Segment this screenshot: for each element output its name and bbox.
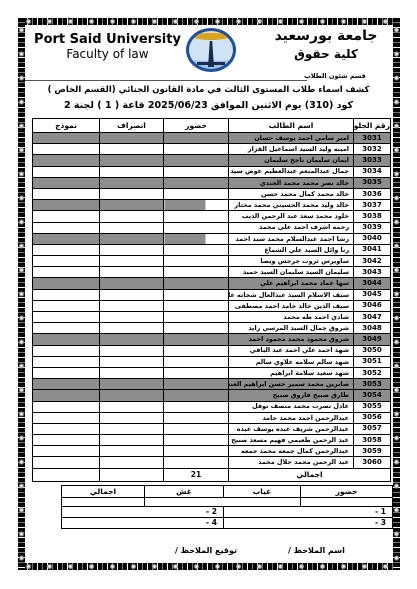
note-label-3: - 3	[373, 519, 392, 527]
student-row: 3034 جمال عبدالمنعم عبدالعظيم عوض سيد اح…	[33, 166, 391, 177]
summary-total-header: اجمالي	[62, 486, 145, 498]
total-label: اجمالي	[229, 468, 391, 481]
form-cell	[33, 133, 100, 144]
leave-cell	[100, 144, 164, 155]
form-cell	[33, 356, 100, 367]
form-cell	[33, 166, 100, 177]
student-row: 3033 ايمان سليمان ناجح سليمان	[33, 155, 391, 166]
leave-cell	[100, 401, 164, 412]
student-name-cell: خالد نصر محمد محمد الجندي	[229, 177, 354, 188]
student-row: 3050 شهد احمد علي احمد عبد الباقي	[33, 345, 391, 356]
seat-number-cell: 3046	[354, 300, 391, 311]
leave-cell	[100, 379, 164, 390]
attendance-cell	[164, 155, 229, 166]
student-row: 3032 امينه وليد السيد اسماعيل القزاز	[33, 144, 391, 155]
student-row: 3031 امير سامي احمد يوسف حسان	[33, 133, 391, 144]
student-row: 3036 خالد محمد كمال محمد حسن	[33, 188, 391, 199]
student-name-cell: ايمان سليمان ناجح سليمان	[229, 155, 354, 166]
form-cell	[33, 423, 100, 434]
student-row: 3045 سيف الاسلام السيد عبدالعال شحاته عل…	[33, 289, 391, 300]
student-name-cell: سليمان السيد سليمان السيد حميد	[229, 267, 354, 278]
leave-cell	[100, 133, 164, 144]
attendance-cell	[164, 334, 229, 345]
student-row: 3048 شروق جمال السيد المرسي زايد	[33, 323, 391, 334]
leave-cell	[100, 233, 164, 244]
seat-number-cell: 3049	[354, 334, 391, 345]
student-row: 3047 شادي احمد طه محمد	[33, 312, 391, 323]
leave-cell	[100, 155, 164, 166]
form-cell	[33, 334, 100, 345]
attendance-cell	[164, 133, 229, 144]
attendance-cell	[164, 267, 229, 278]
leave-cell	[100, 267, 164, 278]
form-cell	[33, 155, 100, 166]
student-name-cell: شهد سعيد سلامة ابراهيم	[229, 367, 354, 378]
leave-cell	[100, 356, 164, 367]
form-cell	[33, 390, 100, 401]
leave-cell	[100, 244, 164, 255]
attendance-cell	[164, 233, 229, 244]
leave-cell	[100, 177, 164, 188]
student-name-cell: امير سامي احمد يوسف حسان	[229, 133, 354, 144]
student-name-cell: عبدالرحمن احمد محمد حامد	[229, 412, 354, 423]
seat-number-header: رقم الجلوس	[354, 119, 391, 133]
form-header: نموذج	[33, 119, 100, 133]
attendance-cell	[164, 188, 229, 199]
student-name-cell: طارق صبيح فاروق صبيح	[229, 390, 354, 401]
form-cell	[33, 144, 100, 155]
student-name-cell: عادل نصرت محمد منصف نوفل	[229, 401, 354, 412]
leave-cell	[100, 367, 164, 378]
attendance-cell	[164, 256, 229, 267]
attendance-cell	[164, 300, 229, 311]
student-name-cell: سيف الاسلام السيد عبدالعال شحاته علي	[229, 289, 354, 300]
ornamental-border-left	[18, 18, 25, 570]
student-row: 3060 عبد الرحمن محمد جلال محمد	[33, 457, 391, 468]
form-cell	[33, 401, 100, 412]
form-cell	[33, 312, 100, 323]
student-name-cell: عبد الرحمن طعيمي فهيم مسعد صبيح	[229, 435, 354, 446]
attendance-cell	[164, 211, 229, 222]
form-cell	[33, 289, 100, 300]
leave-cell	[100, 222, 164, 233]
table-header-row: رقم الجلوس اسم الطالب حضور انصراف نموذج	[33, 119, 391, 133]
summary-attendance-header: حضور	[301, 486, 393, 498]
student-name-cell: سيف الدين خالد حامد احمد مصطفى	[229, 300, 354, 311]
note-label-4: - 4	[204, 519, 223, 527]
note-cell-1: - 1	[224, 507, 393, 518]
attendance-cell	[164, 379, 229, 390]
student-row: 3041 رنا وائل السيد علي الشماع	[33, 244, 391, 255]
leave-cell	[100, 289, 164, 300]
seat-number-cell: 3037	[354, 200, 391, 211]
summary-header-row: حضور غياب غش اجمالي	[62, 486, 393, 498]
leave-cell	[100, 312, 164, 323]
student-name-cell: شروق محمود محمد محمود احمد	[229, 334, 354, 345]
seat-number-cell: 3048	[354, 323, 391, 334]
form-cell	[33, 379, 100, 390]
student-name-cell: رشا احمد عبدالسلام محمد سيد احمد	[229, 233, 354, 244]
attendance-cell	[164, 390, 229, 401]
leave-cell	[100, 323, 164, 334]
university-logo-icon	[186, 28, 236, 72]
seat-number-cell: 3034	[354, 166, 391, 177]
seat-number-cell: 3057	[354, 423, 391, 434]
student-row: 3038 خلود محمد سعد عبد الرحمن الديب	[33, 211, 391, 222]
summary-cheating-header: غش	[145, 486, 224, 498]
seat-number-cell: 3036	[354, 188, 391, 199]
observer-signature-label: توقيع الملاحظ /	[175, 546, 237, 555]
logo-base	[197, 62, 225, 65]
student-row: 3056 عبدالرحمن احمد محمد حامد	[33, 412, 391, 423]
form-cell	[33, 267, 100, 278]
attendance-cell	[164, 144, 229, 155]
seat-number-cell: 3060	[354, 457, 391, 468]
leave-cell	[100, 345, 164, 356]
leave-cell	[100, 278, 164, 289]
attendance-cell	[164, 312, 229, 323]
seat-number-cell: 3047	[354, 312, 391, 323]
form-cell	[33, 244, 100, 255]
note-cell-4: - 4	[62, 518, 224, 529]
note-cell-3: - 3	[224, 518, 393, 529]
attendance-cell	[164, 412, 229, 423]
leave-cell	[100, 457, 164, 468]
seat-number-cell: 3051	[354, 356, 391, 367]
exam-session-info: كود (310) يوم الاثنين الموافق 2025/06/23…	[25, 100, 392, 111]
seat-number-cell: 3056	[354, 412, 391, 423]
attendance-cell	[164, 200, 229, 211]
ornamental-border-top	[18, 18, 400, 25]
total-attendance-value: 21	[164, 468, 229, 481]
student-row: 3037 خالد وليد محمد الحسيني محمد مختار	[33, 200, 391, 211]
attendance-cell	[164, 244, 229, 255]
leave-cell	[100, 446, 164, 457]
university-name-ar: جامعة بورسعيد	[262, 28, 390, 45]
seat-number-cell: 3050	[354, 345, 391, 356]
attendance-table: رقم الجلوس اسم الطالب حضور انصراف نموذج …	[32, 118, 391, 482]
note-cell-2: - 2	[62, 507, 224, 518]
seat-number-cell: 3058	[354, 435, 391, 446]
leave-header: انصراف	[100, 119, 164, 133]
student-name-cell: رحمه اشرف احمد علي محمد	[229, 222, 354, 233]
total-leave-cell	[100, 468, 164, 481]
student-row: 3055 عادل نصرت محمد منصف نوفل	[33, 401, 391, 412]
form-cell	[33, 188, 100, 199]
ornamental-border-bottom	[18, 563, 400, 570]
student-name-cell: امينه وليد السيد اسماعيل القزاز	[229, 144, 354, 155]
attendance-cell	[164, 446, 229, 457]
form-cell	[33, 256, 100, 267]
student-row: 3046 سيف الدين خالد حامد احمد مصطفى	[33, 300, 391, 311]
seat-number-cell: 3055	[354, 401, 391, 412]
attendance-header: حضور	[164, 119, 229, 133]
student-name-cell: عبدالرحمن شريف عبده يوسف عبده	[229, 423, 354, 434]
student-row: 3057 عبدالرحمن شريف عبده يوسف عبده	[33, 423, 391, 434]
sheet-title: كشف اسماء طلاب المستوى الثالث في مادة ال…	[25, 85, 392, 95]
leave-cell	[100, 334, 164, 345]
faculty-name-en: Faculty of law	[30, 47, 185, 62]
student-row: 3051 شهد سالم سلامه علاوي سالم	[33, 356, 391, 367]
seat-number-cell: 3053	[354, 379, 391, 390]
department-label: قسم شئون الطلاب	[303, 72, 367, 80]
attendance-cell	[164, 278, 229, 289]
student-name-cell: عبد الرحمن محمد جلال محمد	[229, 457, 354, 468]
seat-number-cell: 3052	[354, 367, 391, 378]
leave-cell	[100, 412, 164, 423]
attendance-cell	[164, 177, 229, 188]
header-divider	[25, 80, 307, 81]
seat-number-cell: 3041	[354, 244, 391, 255]
form-cell	[33, 233, 100, 244]
logo-banner	[193, 33, 228, 40]
seat-number-cell: 3035	[354, 177, 391, 188]
summary-total-value	[62, 498, 145, 507]
summary-attendance-value	[301, 498, 393, 507]
attendance-cell	[164, 323, 229, 334]
form-cell	[33, 278, 100, 289]
seat-number-cell: 3059	[354, 446, 391, 457]
seat-number-cell: 3039	[354, 222, 391, 233]
student-name-cell: خالد محمد كمال محمد حسن	[229, 188, 354, 199]
summary-middle-cell	[145, 498, 301, 507]
header-english-block: Port Said University Faculty of law	[30, 33, 185, 62]
seat-number-cell: 3033	[354, 155, 391, 166]
student-name-cell: سها عماد محمد ابراهيم علي	[229, 278, 354, 289]
attendance-cell	[164, 166, 229, 177]
form-cell	[33, 446, 100, 457]
form-cell	[33, 412, 100, 423]
leave-cell	[100, 256, 164, 267]
leave-cell	[100, 300, 164, 311]
seat-number-cell: 3054	[354, 390, 391, 401]
form-cell	[33, 435, 100, 446]
form-cell	[33, 345, 100, 356]
leave-cell	[100, 435, 164, 446]
leave-cell	[100, 211, 164, 222]
attendance-cell	[164, 345, 229, 356]
total-row: اجمالي 21	[33, 468, 391, 481]
student-row: 3058 عبد الرحمن طعيمي فهيم مسعد صبيح	[33, 435, 391, 446]
attendance-cell	[164, 356, 229, 367]
faculty-name-ar: كلية حقوق	[262, 45, 390, 63]
attendance-cell	[164, 289, 229, 300]
form-cell	[33, 300, 100, 311]
leave-cell	[100, 390, 164, 401]
summary-absence-header: غياب	[224, 486, 301, 498]
student-name-cell: خلود محمد سعد عبد الرحمن الديب	[229, 211, 354, 222]
notes-row-1: - 1 - 2	[62, 507, 393, 518]
student-row: 3040 رشا احمد عبدالسلام محمد سيد احمد	[33, 233, 391, 244]
attendance-cell	[164, 401, 229, 412]
summary-values-row	[62, 498, 393, 507]
form-cell	[33, 457, 100, 468]
form-cell	[33, 222, 100, 233]
leave-cell	[100, 423, 164, 434]
header-arabic-block: جامعة بورسعيد كلية حقوق	[262, 28, 390, 63]
leave-cell	[100, 166, 164, 177]
student-name-cell: شهد احمد علي احمد عبد الباقي	[229, 345, 354, 356]
student-row: 3035 خالد نصر محمد محمد الجندي	[33, 177, 391, 188]
leave-cell	[100, 200, 164, 211]
form-cell	[33, 367, 100, 378]
seat-number-cell: 3031	[354, 133, 391, 144]
student-name-cell: خالد وليد محمد الحسيني محمد مختار	[229, 200, 354, 211]
note-label-1: - 1	[373, 508, 392, 516]
seat-number-cell: 3038	[354, 211, 391, 222]
form-cell	[33, 177, 100, 188]
student-row: 3043 سليمان السيد سليمان السيد حميد	[33, 267, 391, 278]
summary-table: حضور غياب غش اجمالي - 1 - 2 - 3 - 4	[61, 485, 393, 529]
student-name-header: اسم الطالب	[229, 119, 354, 133]
seat-number-cell: 3040	[354, 233, 391, 244]
attendance-cell	[164, 457, 229, 468]
attendance-cell	[164, 367, 229, 378]
student-row: 3054 طارق صبيح فاروق صبيح	[33, 390, 391, 401]
note-label-2: - 2	[204, 508, 223, 516]
form-cell	[33, 211, 100, 222]
student-row: 3052 شهد سعيد سلامة ابراهيم	[33, 367, 391, 378]
student-name-cell: شروق جمال السيد المرسي زايد	[229, 323, 354, 334]
seat-number-cell: 3042	[354, 256, 391, 267]
seat-number-cell: 3045	[354, 289, 391, 300]
attendance-rows: 3031 امير سامي احمد يوسف حسان 3032 امينه…	[33, 133, 391, 469]
university-name-en: Port Said University	[30, 33, 185, 47]
seat-number-cell: 3044	[354, 278, 391, 289]
student-name-cell: جمال عبدالمنعم عبدالعظيم عوض سيد احمد	[229, 166, 354, 177]
student-name-cell: شادي احمد طه محمد	[229, 312, 354, 323]
leave-cell	[100, 188, 164, 199]
ornamental-border-right	[393, 18, 400, 570]
attendance-cell	[164, 423, 229, 434]
form-cell	[33, 323, 100, 334]
student-name-cell: شهد سالم سلامه علاوي سالم	[229, 356, 354, 367]
seat-number-cell: 3043	[354, 267, 391, 278]
form-cell	[33, 200, 100, 211]
notes-row-2: - 3 - 4	[62, 518, 393, 529]
attendance-cell	[164, 222, 229, 233]
student-row: 3053 صابرين محمد سمير حسن ابراهيم الغندو…	[33, 379, 391, 390]
student-name-cell: ساويرس ثروت جرجس ويصا	[229, 256, 354, 267]
attendance-cell	[164, 435, 229, 446]
student-name-cell: عبدالرحمن كمال جمعه محمد جمعه	[229, 446, 354, 457]
student-row: 3059 عبدالرحمن كمال جمعه محمد جمعه	[33, 446, 391, 457]
student-row: 3042 ساويرس ثروت جرجس ويصا	[33, 256, 391, 267]
student-name-cell: صابرين محمد سمير حسن ابراهيم الغندور	[229, 379, 354, 390]
total-form-cell	[33, 468, 100, 481]
student-row: 3049 شروق محمود محمد محمود احمد	[33, 334, 391, 345]
student-name-cell: رنا وائل السيد علي الشماع	[229, 244, 354, 255]
observer-name-label: اسم الملاحظ /	[288, 546, 345, 555]
student-row: 3039 رحمه اشرف احمد علي محمد	[33, 222, 391, 233]
seat-number-cell: 3032	[354, 144, 391, 155]
student-row: 3044 سها عماد محمد ابراهيم علي	[33, 278, 391, 289]
